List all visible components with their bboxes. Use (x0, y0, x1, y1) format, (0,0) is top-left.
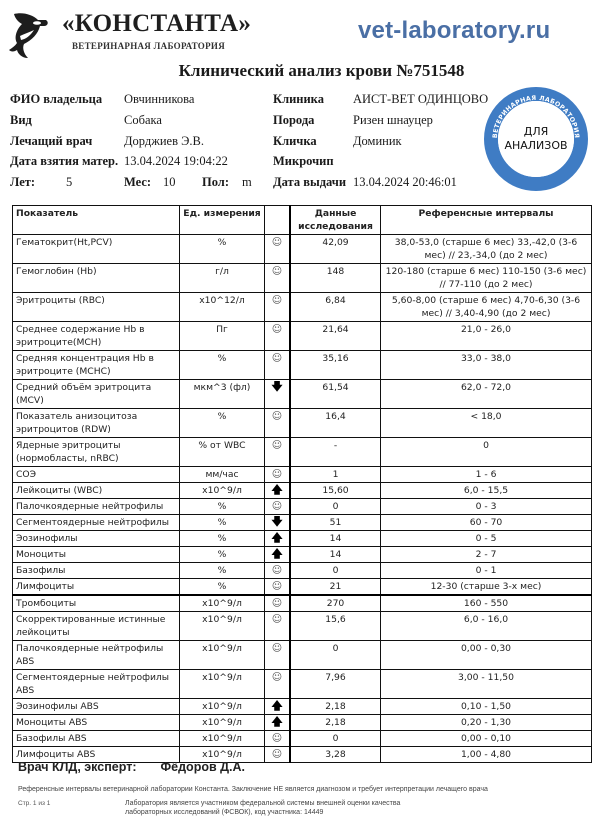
breed-label: Порода (273, 113, 314, 128)
status-cell: ☺ (265, 499, 291, 515)
param-value: 0 (290, 731, 381, 747)
param-name: Эозинофилы ABS (13, 699, 180, 715)
table-row: Эозинофилы ABSx10^9/л🡅2,180,10 - 1,50 (13, 699, 592, 715)
arrow-up-icon: 🡅 (271, 716, 282, 728)
param-value: 14 (290, 547, 381, 563)
param-reference: 62,0 - 72,0 (381, 380, 592, 409)
status-cell: ☺ (265, 438, 291, 467)
status-cell: ☺ (265, 641, 291, 670)
smiley-icon: ☺ (272, 411, 282, 423)
header-param: Показатель (13, 206, 180, 235)
param-reference: 0,10 - 1,50 (381, 699, 592, 715)
status-cell: 🡅 (265, 699, 291, 715)
fsvok-line2: лабораторных исследований (ФСВОК), код у… (125, 808, 485, 817)
results-table: Показатель Ед. измерения Данные исследов… (12, 205, 592, 763)
smiley-icon: ☺ (272, 581, 282, 593)
status-cell: ☺ (265, 747, 291, 763)
param-name: Гемоглобин (Hb) (13, 264, 180, 293)
table-row: Базофилы ABSx10^9/л☺00,00 - 0,10 (13, 731, 592, 747)
param-units: x10^9/л (180, 699, 265, 715)
param-value: 270 (290, 595, 381, 612)
smiley-icon: ☺ (272, 237, 282, 249)
smiley-icon: ☺ (272, 598, 282, 610)
smiley-icon: ☺ (272, 749, 282, 761)
param-units: x10^9/л (180, 612, 265, 641)
arrow-up-icon: 🡅 (271, 484, 282, 496)
status-cell: ☺ (265, 264, 291, 293)
smiley-icon: ☺ (272, 565, 282, 577)
smiley-icon: ☺ (272, 324, 282, 336)
param-reference: 0 - 1 (381, 563, 592, 579)
smiley-icon: ☺ (272, 266, 282, 278)
param-reference: 160 - 550 (381, 595, 592, 612)
param-name: СОЭ (13, 467, 180, 483)
param-value: 15,60 (290, 483, 381, 499)
status-cell: ☺ (265, 293, 291, 322)
param-units: x10^12/л (180, 293, 265, 322)
arrow-up-icon: 🡅 (271, 548, 282, 560)
param-name: Ядерные эритроциты (нормобласты, nRBC) (13, 438, 180, 467)
table-row: Базофилы%☺00 - 1 (13, 563, 592, 579)
param-name: Средняя концентрация Hb в эритроците (MC… (13, 351, 180, 380)
param-reference: 0 (381, 438, 592, 467)
table-row: Показатель анизоцитоза эритроцитов (RDW)… (13, 409, 592, 438)
param-value: 42,09 (290, 235, 381, 264)
orca-logo-icon (8, 8, 50, 60)
table-row: Палочкоядерные нейтрофилы ABSx10^9/л☺00,… (13, 641, 592, 670)
param-reference: 60 - 70 (381, 515, 592, 531)
status-cell: ☺ (265, 612, 291, 641)
years-label: Лет: (10, 175, 35, 190)
param-units: мм/час (180, 467, 265, 483)
param-reference: < 18,0 (381, 409, 592, 438)
param-units: x10^9/л (180, 715, 265, 731)
param-value: 148 (290, 264, 381, 293)
param-reference: 6,0 - 15,5 (381, 483, 592, 499)
param-units: x10^9/л (180, 670, 265, 699)
param-units: x10^9/л (180, 731, 265, 747)
signature-label: Врач КЛД, эксперт: (18, 760, 137, 774)
table-row: Моноциты%🡅142 - 7 (13, 547, 592, 563)
table-row: Тромбоцитыx10^9/л☺270160 - 550 (13, 595, 592, 612)
table-row: Гематокрит(Ht,PCV)%☺42,0938,0-53,0 (стар… (13, 235, 592, 264)
lab-brand-subtitle: ВЕТЕРИНАРНАЯ ЛАБОРАТОРИЯ (72, 41, 225, 51)
table-row: Палочкоядерные нейтрофилы%☺00 - 3 (13, 499, 592, 515)
smiley-icon: ☺ (272, 469, 282, 481)
table-row: Скорректированные истинные лейкоцитыx10^… (13, 612, 592, 641)
status-cell: ☺ (265, 563, 291, 579)
table-row: Эозинофилы%🡅140 - 5 (13, 531, 592, 547)
sex-value: m (242, 175, 252, 190)
smiley-icon: ☺ (272, 353, 282, 365)
param-units: мкм^3 (фл) (180, 380, 265, 409)
param-name: Сегментоядерные нейтрофилы (13, 515, 180, 531)
sex-label: Пол: (202, 175, 229, 190)
header-value: Данные исследования (290, 206, 381, 235)
table-row: Средний объём эритроцита (MCV)мкм^3 (фл)… (13, 380, 592, 409)
page-number: Стр. 1 из 1 (18, 800, 50, 807)
arrow-up-icon: 🡅 (271, 532, 282, 544)
sample-date-label: Дата взятия матер. (10, 154, 118, 169)
signature: Врач КЛД, эксперт:Фёдоров Д.А. (18, 760, 245, 774)
table-row: Моноциты ABSx10^9/л🡅2,180,20 - 1,30 (13, 715, 592, 731)
header-status (265, 206, 291, 235)
table-row: Ядерные эритроциты (нормобласты, nRBC)% … (13, 438, 592, 467)
status-cell: ☺ (265, 595, 291, 612)
param-name: Лимфоциты (13, 579, 180, 596)
param-reference: 0,20 - 1,30 (381, 715, 592, 731)
table-row: Лимфоциты%☺2112-30 (старше 3-х мес) (13, 579, 592, 596)
param-reference: 3,00 - 11,50 (381, 670, 592, 699)
param-value: 2,18 (290, 715, 381, 731)
status-cell: 🡅 (265, 547, 291, 563)
param-reference: 6,0 - 16,0 (381, 612, 592, 641)
doctor-value: Дорджиев Э.В. (124, 134, 204, 149)
pet-name-value: Доминик (353, 134, 402, 149)
fsvok-line1: Лаборатория является участником федераль… (125, 799, 485, 808)
breed-value: Ризен шнауцер (353, 113, 433, 128)
status-cell: 🡅 (265, 715, 291, 731)
doctor-label: Лечащий врач (10, 134, 92, 149)
param-reference: 0,00 - 0,10 (381, 731, 592, 747)
status-cell: ☺ (265, 579, 291, 596)
signature-name: Фёдоров Д.А. (161, 760, 246, 774)
fsvok-note: Лаборатория является участником федераль… (125, 799, 485, 817)
param-value: 35,16 (290, 351, 381, 380)
param-value: 21 (290, 579, 381, 596)
clinic-value: АИСТ-ВЕТ ОДИНЦОВО (353, 92, 488, 107)
param-name: Базофилы (13, 563, 180, 579)
param-reference: 21,0 - 26,0 (381, 322, 592, 351)
param-units: % (180, 515, 265, 531)
param-value: 7,96 (290, 670, 381, 699)
table-row: Средняя концентрация Hb в эритроците (MC… (13, 351, 592, 380)
param-units: % (180, 409, 265, 438)
param-name: Эозинофилы (13, 531, 180, 547)
param-name: Показатель анизоцитоза эритроцитов (RDW) (13, 409, 180, 438)
param-units: x10^9/л (180, 641, 265, 670)
smiley-icon: ☺ (272, 295, 282, 307)
param-name: Моноциты ABS (13, 715, 180, 731)
param-reference: 12-30 (старше 3-х мес) (381, 579, 592, 596)
status-cell: ☺ (265, 351, 291, 380)
param-value: 1 (290, 467, 381, 483)
param-reference: 2 - 7 (381, 547, 592, 563)
arrow-down-icon: 🡇 (271, 516, 282, 528)
param-value: 16,4 (290, 409, 381, 438)
status-cell: ☺ (265, 670, 291, 699)
param-units: % (180, 531, 265, 547)
chip-label: Микрочип (273, 154, 334, 169)
table-header-row: Показатель Ед. измерения Данные исследов… (13, 206, 592, 235)
months-value: 10 (163, 175, 176, 190)
param-value: 2,18 (290, 699, 381, 715)
param-name: Базофилы ABS (13, 731, 180, 747)
param-name: Лейкоциты (WBC) (13, 483, 180, 499)
status-cell: ☺ (265, 409, 291, 438)
owner-value: Овчинникова (124, 92, 194, 107)
param-value: 6,84 (290, 293, 381, 322)
param-reference: 1,00 - 4,80 (381, 747, 592, 763)
param-name: Сегментоядерные нейтрофилы ABS (13, 670, 180, 699)
param-units: % от WBC (180, 438, 265, 467)
years-value: 5 (66, 175, 72, 190)
reference-note: Референсные интервалы ветеринарной лабор… (18, 786, 488, 793)
pet-name-label: Кличка (273, 134, 317, 149)
param-units: x10^9/л (180, 595, 265, 612)
website-link[interactable]: vet-laboratory.ru (358, 17, 550, 45)
table-row: Сегментоядерные нейтрофилы ABSx10^9/л☺7,… (13, 670, 592, 699)
smiley-icon: ☺ (272, 501, 282, 513)
table-row: Среднее содержание Hb в эритроците(MCH)П… (13, 322, 592, 351)
species-label: Вид (10, 113, 32, 128)
table-row: СОЭмм/час☺11 - 6 (13, 467, 592, 483)
status-cell: 🡅 (265, 531, 291, 547)
status-cell: ☺ (265, 322, 291, 351)
owner-label: ФИО владельца (10, 92, 102, 107)
param-value: 0 (290, 499, 381, 515)
smiley-icon: ☺ (272, 672, 282, 684)
param-reference: 0,00 - 0,30 (381, 641, 592, 670)
param-reference: 0 - 5 (381, 531, 592, 547)
param-name: Тромбоциты (13, 595, 180, 612)
param-reference: 38,0-53,0 (старше 6 мес) 33,-42,0 (3-6 м… (381, 235, 592, 264)
param-name: Гематокрит(Ht,PCV) (13, 235, 180, 264)
header-reference: Референсные интервалы (381, 206, 592, 235)
smiley-icon: ☺ (272, 733, 282, 745)
header-units: Ед. измерения (180, 206, 265, 235)
species-value: Собака (124, 113, 162, 128)
param-value: 14 (290, 531, 381, 547)
issue-date-label: Дата выдачи (273, 175, 346, 190)
param-units: % (180, 499, 265, 515)
param-value: 0 (290, 563, 381, 579)
status-cell: 🡇 (265, 515, 291, 531)
table-row: Лейкоциты (WBC)x10^9/л🡅15,606,0 - 15,5 (13, 483, 592, 499)
status-cell: 🡅 (265, 483, 291, 499)
param-reference: 5,60-8,00 (старше 6 мес) 4,70-6,30 (3-6 … (381, 293, 592, 322)
arrow-down-icon: 🡇 (271, 381, 282, 393)
smiley-icon: ☺ (272, 440, 282, 452)
param-name: Средний объём эритроцита (MCV) (13, 380, 180, 409)
table-row: Гемоглобин (Hb)г/л☺148120-180 (старше 6 … (13, 264, 592, 293)
param-name: Эритроциты (RBC) (13, 293, 180, 322)
clinic-label: Клиника (273, 92, 324, 107)
stamp-center-line1: ДЛЯ (524, 125, 549, 138)
months-label: Мес: (124, 175, 151, 190)
param-value: 3,28 (290, 747, 381, 763)
table-row: Сегментоядерные нейтрофилы%🡇5160 - 70 (13, 515, 592, 531)
smiley-icon: ☺ (272, 643, 282, 655)
param-value: 15,6 (290, 612, 381, 641)
param-value: 61,54 (290, 380, 381, 409)
param-name: Палочкоядерные нейтрофилы (13, 499, 180, 515)
smiley-icon: ☺ (272, 614, 282, 626)
table-row: Эритроциты (RBC)x10^12/л☺6,845,60-8,00 (… (13, 293, 592, 322)
param-name: Палочкоядерные нейтрофилы ABS (13, 641, 180, 670)
lab-brand-name: «КОНСТАНТА» (62, 10, 251, 38)
param-units: x10^9/л (180, 483, 265, 499)
param-reference: 33,0 - 38,0 (381, 351, 592, 380)
param-units: % (180, 563, 265, 579)
param-reference: 120-180 (старше 6 мес) 110-150 (3-6 мес)… (381, 264, 592, 293)
param-units: % (180, 547, 265, 563)
arrow-up-icon: 🡅 (271, 700, 282, 712)
param-name: Среднее содержание Hb в эритроците(MCH) (13, 322, 180, 351)
param-reference: 0 - 3 (381, 499, 592, 515)
status-cell: ☺ (265, 235, 291, 264)
status-cell: ☺ (265, 731, 291, 747)
sample-date-value: 13.04.2024 19:04:22 (124, 154, 228, 169)
param-reference: 1 - 6 (381, 467, 592, 483)
param-name: Моноциты (13, 547, 180, 563)
param-name: Скорректированные истинные лейкоциты (13, 612, 180, 641)
stamp-center-line2: АНАЛИЗОВ (504, 139, 567, 152)
param-value: 51 (290, 515, 381, 531)
status-cell: 🡇 (265, 380, 291, 409)
lab-stamp: ВЕТЕРИНАРНАЯ ЛАБОРАТОРИЯ КОНСТАНТА ДЛЯ А… (483, 86, 589, 192)
param-units: % (180, 235, 265, 264)
page-title: Клинический анализ крови №751548 (0, 61, 603, 81)
param-value: 21,64 (290, 322, 381, 351)
param-units: г/л (180, 264, 265, 293)
param-units: Пг (180, 322, 265, 351)
status-cell: ☺ (265, 467, 291, 483)
param-units: % (180, 579, 265, 596)
param-units: % (180, 351, 265, 380)
param-value: 0 (290, 641, 381, 670)
param-value: - (290, 438, 381, 467)
issue-date-value: 13.04.2024 20:46:01 (353, 175, 457, 190)
